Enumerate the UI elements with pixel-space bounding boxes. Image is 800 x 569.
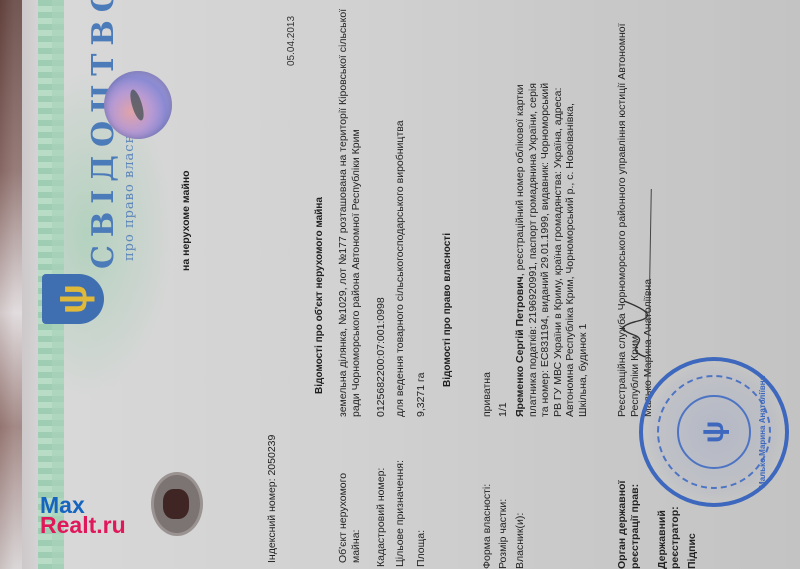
owner-label: Власник(и): bbox=[514, 429, 527, 569]
share-size-label: Розмір частки: bbox=[497, 429, 510, 569]
background-edge bbox=[0, 0, 22, 569]
property-object-label: Об'єкт нерухомого майна: bbox=[337, 443, 362, 563]
area-label: Площа: bbox=[415, 427, 428, 567]
property-object-value: земельна ділянка, №1029, лот №177 розташ… bbox=[337, 0, 362, 417]
signature-icon bbox=[616, 299, 656, 359]
owner-value: Яременко Сергій Петрович, реєстраційний … bbox=[514, 77, 589, 417]
official-stamp: ψ Малько Марина Анатоліївна bbox=[639, 357, 789, 507]
watermark-line2: Realt.ru bbox=[40, 515, 150, 535]
hologram-icon bbox=[104, 71, 172, 139]
owner-name: Яременко Сергій Петрович bbox=[514, 276, 526, 417]
certificate-subject: на нерухоме майно bbox=[180, 170, 192, 271]
coat-of-arms-icon: ψ bbox=[42, 274, 104, 324]
registration-authority-label: Орган державної реєстрації прав: bbox=[616, 449, 641, 569]
stamp-text: Малько Марина Анатоліївна bbox=[758, 361, 767, 503]
certificate-title: СВІДОЦТВО bbox=[86, 0, 121, 269]
photo-scene: ψ СВІДОЦТВО про право власності на нерух… bbox=[0, 0, 800, 569]
index-number: Індексний номер: 2050239 bbox=[266, 435, 278, 563]
ownership-form-value: приватна bbox=[481, 117, 494, 417]
embossed-seal-icon bbox=[154, 475, 200, 533]
ownership-form-label: Форма власності: bbox=[481, 429, 494, 569]
cadastral-number-value: 0125682200:07:001:0998 bbox=[375, 117, 388, 417]
share-size-value: 1/1 bbox=[497, 117, 510, 417]
watermark-logo: Max Realt.ru bbox=[40, 495, 150, 535]
issue-date: 05.04.2013 bbox=[286, 16, 297, 66]
stamp-trident-icon: ψ bbox=[697, 421, 731, 444]
property-section-heading: Відомості про об'єкт нерухомого майна bbox=[314, 197, 325, 394]
area-value: 9,3271 га bbox=[415, 117, 428, 417]
purpose-label: Цільове призначення: bbox=[394, 427, 407, 567]
cadastral-number-label: Кадастровий номер: bbox=[375, 427, 388, 567]
certificate-page: ψ СВІДОЦТВО про право власності на нерух… bbox=[64, 0, 800, 569]
purpose-value: для ведення товарного сільськогосподарсь… bbox=[394, 0, 407, 417]
ownership-section-heading: Відомості про право власності bbox=[442, 233, 453, 387]
